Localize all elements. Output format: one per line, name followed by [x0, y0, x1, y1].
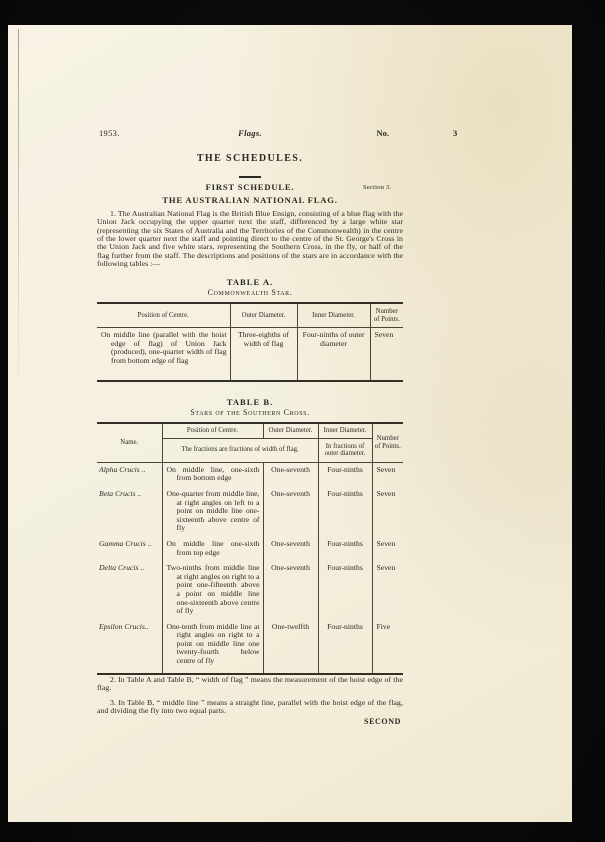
table-a-header-outer: Outer Diameter. — [230, 303, 297, 328]
cell-points: Seven — [370, 328, 403, 381]
cell-outer-diameter: One-twelfth — [263, 620, 318, 674]
cell-inner-diameter: Four-ninths — [318, 462, 372, 487]
cell-outer-diameter: One-seventh — [263, 487, 318, 537]
scan-backdrop: 1953. Flags. No. 3 THE SCHEDULES. FIRST … — [0, 0, 605, 842]
cell-name: Alpha Crucis .. — [97, 462, 162, 487]
cell-points: Seven — [372, 487, 403, 537]
table-row: Epsilon Crucis.. One-tenth from middle l… — [97, 620, 403, 674]
document-page: 1953. Flags. No. 3 THE SCHEDULES. FIRST … — [8, 25, 572, 822]
cell-inner-diameter: Four-ninths — [318, 620, 372, 674]
cell-name: Epsilon Crucis.. — [97, 620, 162, 674]
table-a-header-inner: Inner Diameter. — [297, 303, 370, 328]
cell-inner-diameter: Four-ninths of outer diameter — [297, 328, 370, 381]
table-b-header-position: Position of Centre. — [162, 423, 263, 438]
cell-points: Seven — [372, 537, 403, 561]
table-a-header-position: Position of Centre. — [97, 303, 230, 328]
cell-points: Seven — [372, 561, 403, 620]
cell-name: Gamma Crucis .. — [97, 537, 162, 561]
table-a-row: On middle line (parallel with the hoist … — [97, 328, 403, 381]
table-b-header-points: Number of Points. — [372, 423, 403, 462]
cell-position: On middle line one-sixth from top edge — [162, 537, 263, 561]
definition-paragraph-width: 2. In Table A and Table B, “ width of fl… — [97, 676, 403, 693]
first-schedule-heading: FIRST SCHEDULE. — [97, 182, 403, 192]
table-a: Position of Centre. Outer Diameter. Inne… — [97, 302, 403, 382]
cell-outer-diameter: One-seventh — [263, 537, 318, 561]
running-head-title: Flags. — [97, 128, 403, 138]
table-b-header-outer: Outer Diameter. — [263, 423, 318, 438]
intro-paragraph: 1. The Australian National Flag is the B… — [97, 210, 403, 268]
cell-outer-diameter: One-seventh — [263, 561, 318, 620]
cell-position: Two-ninths from middle line at right ang… — [162, 561, 263, 620]
cell-position: On middle line, one-sixth from bottom ed… — [162, 462, 263, 487]
table-row: Alpha Crucis .. On middle line, one-sixt… — [97, 462, 403, 487]
table-a-subtitle: Commonwealth Star. — [97, 288, 403, 297]
cell-name: Delta Crucis .. — [97, 561, 162, 620]
table-row: Delta Crucis .. Two-ninths from middle l… — [97, 561, 403, 620]
table-b-title: TABLE B. — [97, 397, 403, 407]
table-b-inner-note: In fractions of outer diameter. — [318, 438, 372, 462]
table-a-header-points: Number of Points. — [370, 303, 403, 328]
cell-outer-diameter: Three-eighths of width of flag — [230, 328, 297, 381]
cell-position: One-quarter from middle line, at right a… — [162, 487, 263, 537]
cell-outer-diameter: One-seventh — [263, 462, 318, 487]
flag-title-heading: THE AUSTRALIAN NATIONAL FLAG. — [97, 195, 403, 205]
table-b-header-inner: Inner Diameter. — [318, 423, 372, 438]
table-b-header-name: Name. — [97, 423, 162, 462]
table-row: Gamma Crucis .. On middle line one-sixth… — [97, 537, 403, 561]
table-row: Beta Crucis .. One-quarter from middle l… — [97, 487, 403, 537]
catchword: SECOND — [97, 717, 403, 726]
page-content: 1953. Flags. No. 3 THE SCHEDULES. FIRST … — [97, 25, 403, 822]
running-head-no-label: No. — [376, 128, 389, 138]
cell-name: Beta Crucis .. — [97, 487, 162, 537]
table-a-header-row: Position of Centre. Outer Diameter. Inne… — [97, 303, 403, 328]
table-a-title: TABLE A. — [97, 277, 403, 287]
cell-inner-diameter: Four-ninths — [318, 537, 372, 561]
table-b-fractions-note: The fractions are fractions of width of … — [162, 438, 318, 462]
table-b-subtitle: Stars of the Southern Cross. — [97, 408, 403, 417]
table-b: Name. Position of Centre. Outer Diameter… — [97, 422, 403, 675]
cell-points: Five — [372, 620, 403, 674]
cell-position: On middle line (parallel with the hoist … — [97, 328, 230, 381]
cell-inner-diameter: Four-ninths — [318, 487, 372, 537]
section-margin-note: Section 3. — [363, 184, 391, 191]
cell-position: One-tenth from middle line at right angl… — [162, 620, 263, 674]
cell-inner-diameter: Four-ninths — [318, 561, 372, 620]
running-head: 1953. Flags. No. 3 — [97, 128, 403, 139]
page-fold-line — [18, 29, 19, 409]
page-number: 3 — [453, 128, 457, 138]
cell-points: Seven — [372, 462, 403, 487]
heading-divider — [239, 176, 261, 178]
schedules-heading: THE SCHEDULES. — [97, 153, 403, 164]
table-b-header-row-1: Name. Position of Centre. Outer Diameter… — [97, 423, 403, 438]
definition-paragraph-middle-line: 3. In Table B, “ middle line ” means a s… — [97, 699, 403, 716]
